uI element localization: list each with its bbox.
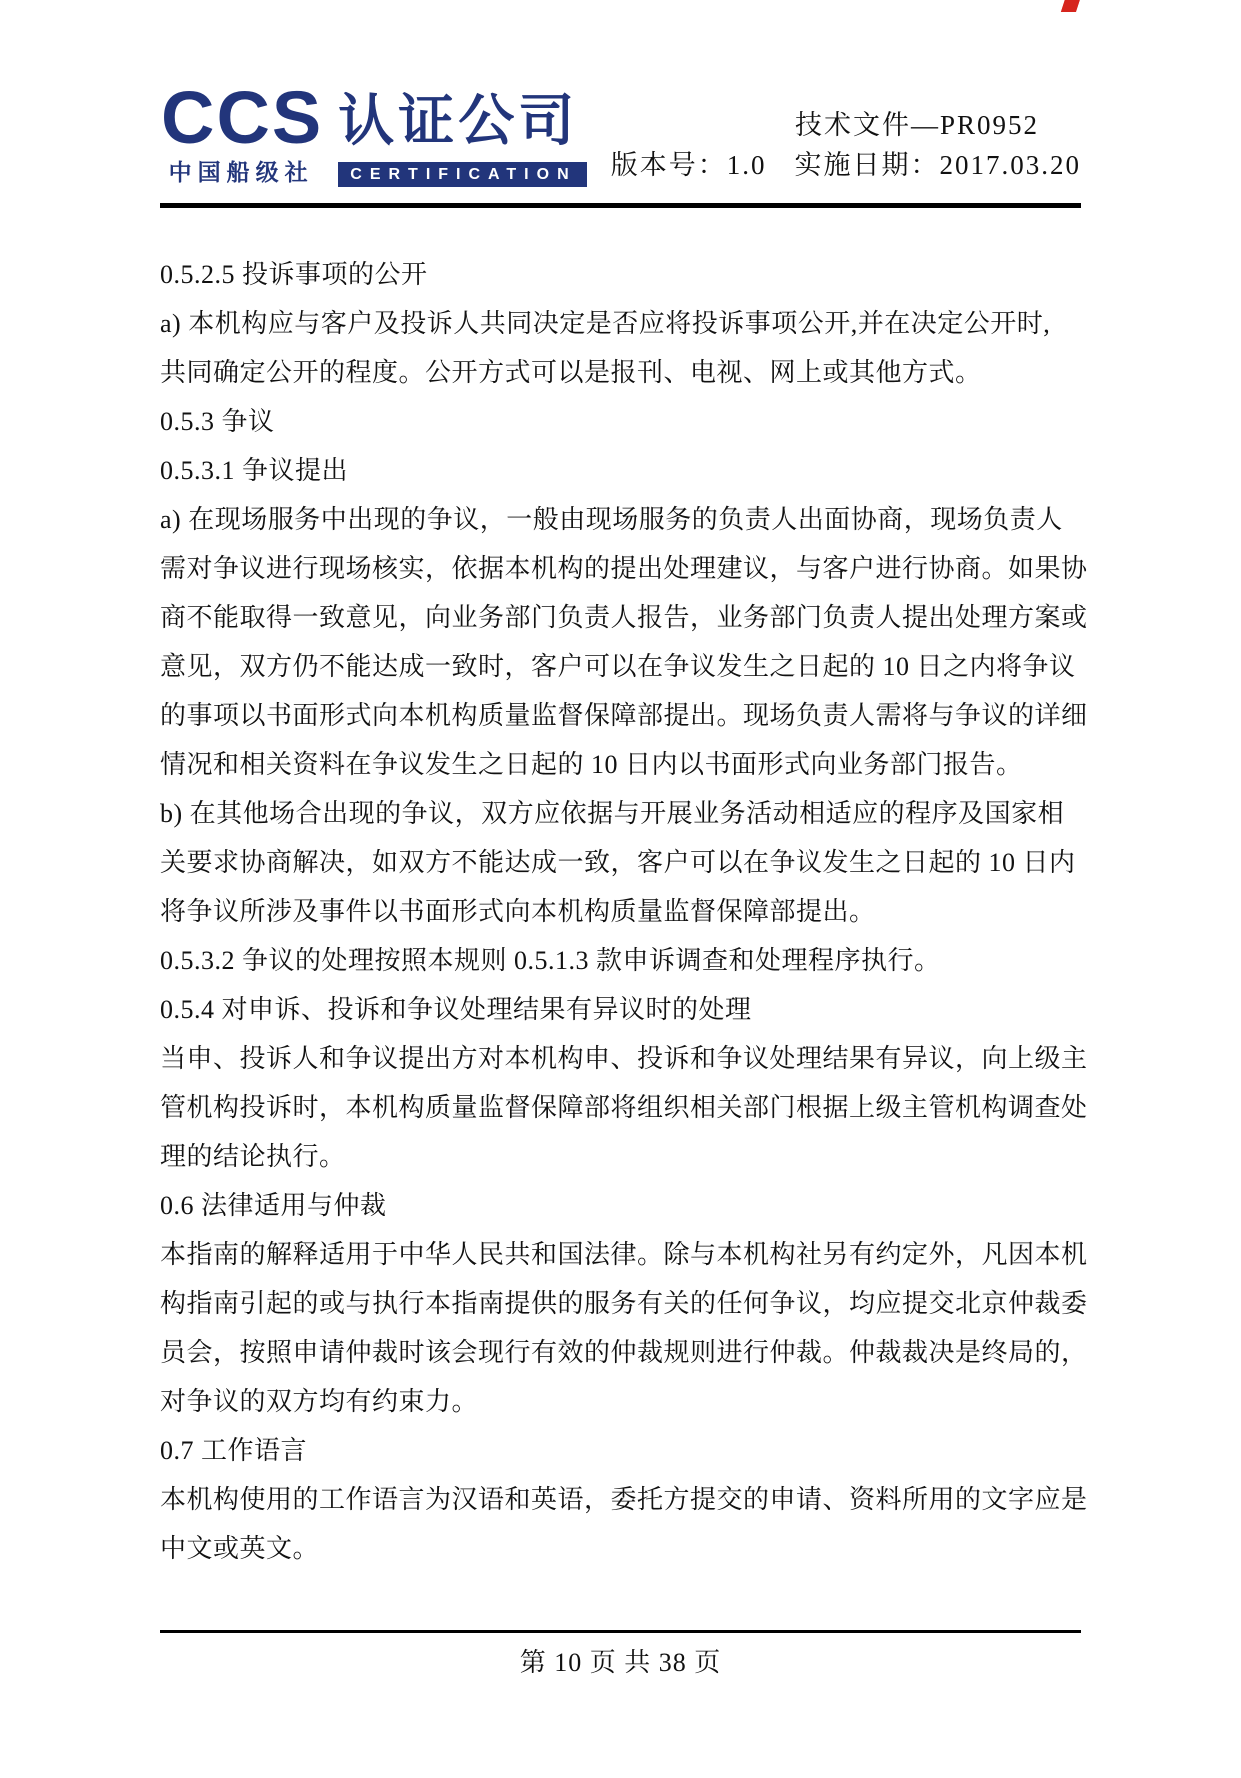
page-footer: 第 10 页 共 38 页 [160, 1630, 1081, 1679]
ccs-logo-letter: S [271, 88, 322, 149]
implementation-date-label: 实施日期：2017.03.20 [795, 150, 1082, 180]
footer-rule [160, 1630, 1081, 1633]
logo-red-accent-icon [1061, 0, 1080, 12]
text-line: 共同确定公开的程度。公开方式可以是报刊、电视、网上或其他方式。 [160, 348, 1081, 397]
document-page: CCS 认证公司 中国船级社 CERTIFICATION 技术文件—PR0952… [0, 0, 1241, 1778]
text-line: 0.6 法律适用与仲裁 [160, 1181, 1081, 1230]
text-line: 关要求协商解决，如双方不能达成一致，客户可以在争议发生之日起的 10 日内 [160, 838, 1081, 887]
text-line: a) 在现场服务中出现的争议，一般由现场服务的负责人出面协商，现场负责人 [160, 495, 1081, 544]
text-line: 0.5.3 争议 [160, 397, 1081, 446]
text-line: 0.5.4 对申诉、投诉和争议处理结果有异议时的处理 [160, 985, 1081, 1034]
document-body: 0.5.2.5 投诉事项的公开a) 本机构应与客户及投诉人共同决定是否应将投诉事… [160, 208, 1081, 1573]
text-line: 对争议的双方均有约束力。 [160, 1377, 1081, 1426]
text-line: 中文或英文。 [160, 1524, 1081, 1573]
ccs-logo-letter: C [160, 88, 215, 149]
ccs-logo-letters: CCS [160, 88, 322, 149]
document-meta: 技术文件—PR0952 版本号：1.0实施日期：2017.03.20 [611, 105, 1081, 187]
text-line: 0.7 工作语言 [160, 1426, 1081, 1475]
text-line: b) 在其他场合出现的争议，双方应依据与开展业务活动相适应的程序及国家相 [160, 789, 1081, 838]
page-header: CCS 认证公司 中国船级社 CERTIFICATION 技术文件—PR0952… [160, 0, 1081, 187]
document-number: 技术文件—PR0952 [611, 105, 1081, 145]
text-line: 本指南的解释适用于中华人民共和国法律。除与本机构社另有约定外，凡因本机 [160, 1230, 1081, 1279]
text-line: 商不能取得一致意见，向业务部门负责人报告，业务部门负责人提出处理方案或 [160, 593, 1081, 642]
text-line: 0.5.3.2 争议的处理按照本规则 0.5.1.3 款申诉调查和处理程序执行。 [160, 936, 1081, 985]
text-line: 情况和相关资料在争议发生之日起的 10 日内以书面形式向业务部门报告。 [160, 740, 1081, 789]
logo-certification-bar: CERTIFICATION [338, 162, 586, 187]
text-line: 构指南引起的或与执行本指南提供的服务有关的任何争议，均应提交北京仲裁委 [160, 1279, 1081, 1328]
text-line: 的事项以书面形式向本机构质量监督保障部提出。现场负责人需将与争议的详细 [160, 691, 1081, 740]
text-line: 将争议所涉及事件以书面形式向本机构质量监督保障部提出。 [160, 887, 1081, 936]
text-line: 0.5.2.5 投诉事项的公开 [160, 250, 1081, 299]
text-line: 当申、投诉人和争议提出方对本机构申、投诉和争议处理结果有异议，向上级主 [160, 1034, 1081, 1083]
text-line: 需对争议进行现场核实，依据本机构的提出处理建议，与客户进行协商。如果协 [160, 544, 1081, 593]
content-area: CCS 认证公司 中国船级社 CERTIFICATION 技术文件—PR0952… [160, 0, 1081, 1573]
logo-company-name: 认证公司 [338, 93, 586, 149]
text-line: 理的结论执行。 [160, 1132, 1081, 1181]
page-number: 第 10 页 共 38 页 [160, 1642, 1081, 1679]
text-line: a) 本机构应与客户及投诉人共同决定是否应将投诉事项公开,并在决定公开时, [160, 299, 1081, 348]
text-line: 员会，按照申请仲裁时该会现行有效的仲裁规则进行仲裁。仲裁裁决是终局的， [160, 1328, 1081, 1377]
text-line: 意见，双方仍不能达成一致时，客户可以在争议发生之日起的 10 日之内将争议 [160, 642, 1081, 691]
text-line: 本机构使用的工作语言为汉语和英语，委托方提交的申请、资料所用的文字应是 [160, 1475, 1081, 1524]
version-label: 版本号：1.0 [611, 150, 767, 180]
ccs-logo: CCS 认证公司 中国船级社 CERTIFICATION [160, 88, 587, 187]
ccs-logo-letter: C [215, 88, 270, 149]
version-date-row: 版本号：1.0实施日期：2017.03.20 [611, 145, 1081, 185]
text-line: 管机构投诉时，本机构质量监督保障部将组织相关部门根据上级主管机构调查处 [160, 1083, 1081, 1132]
text-line: 0.5.3.1 争议提出 [160, 446, 1081, 495]
